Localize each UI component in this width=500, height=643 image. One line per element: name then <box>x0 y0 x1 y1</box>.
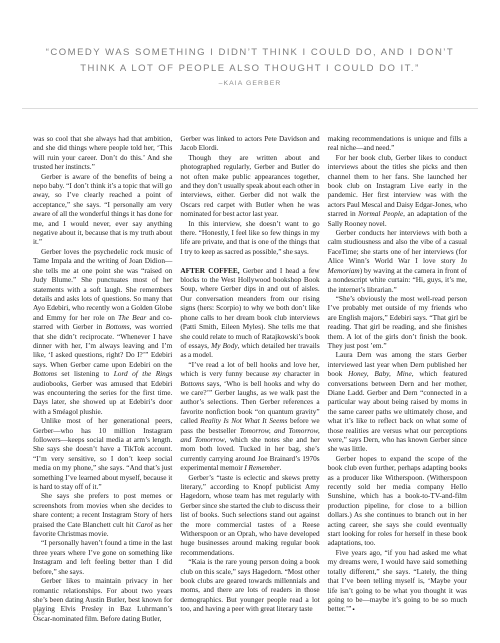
paragraph: Gerber’s “taste is eclectic and skews pr… <box>180 473 319 558</box>
text-run: Gerber conducts her interviews with both… <box>328 228 467 265</box>
text-run: Gerber likes to maintain privacy in her … <box>33 576 172 623</box>
article-column-3: making recommendations is unique and fil… <box>328 134 467 623</box>
divider <box>22 108 478 109</box>
italic-run: The Bear <box>118 313 146 322</box>
paragraph: Gerber is aware of the benefits of being… <box>33 172 172 247</box>
text-run: audiobooks, Gerber was amused that Edebi… <box>33 379 172 416</box>
paragraph: “I’ve read a lot of bell hooks and love … <box>180 360 319 473</box>
text-run: Unlike most of her generational peers, G… <box>33 416 172 491</box>
text-run: Gerber’s “taste is eclectic and skews pr… <box>180 473 319 557</box>
article-column-1: was so cool that she always had that amb… <box>33 134 172 623</box>
text-run: Five years ago, “if you had asked me wha… <box>328 548 467 613</box>
italic-run: Bottoms <box>106 322 130 331</box>
paragraph: Five years ago, “if you had asked me wha… <box>328 548 467 616</box>
pull-quote: “COMEDY WAS SOMETHING I DIDN’T THINK I C… <box>0 45 500 87</box>
text-run: Gerber loves the psychedelic rock music … <box>33 247 172 322</box>
paragraph: “Kaia is the rare young person doing a b… <box>180 557 319 613</box>
paragraph: Gerber hopes to expand the scope of the … <box>328 454 467 548</box>
italic-run: Normal People <box>358 209 403 218</box>
paragraph: making recommendations is unique and fil… <box>328 134 467 153</box>
page-number: 120 <box>33 611 45 617</box>
magazine-page: { "page": { "quote": { "lines": [ "“COME… <box>0 0 500 643</box>
paragraph: “She’s obviously the most well-read pers… <box>328 294 467 350</box>
paragraph: Unlike most of her generational peers, G… <box>33 416 172 491</box>
text-run: making recommendations is unique and fil… <box>328 134 467 152</box>
paragraph: “I personally haven’t found a time in th… <box>33 538 172 576</box>
text-run: Gerber hopes to expand the scope of the … <box>328 454 467 548</box>
paragraph: Gerber conducts her interviews with both… <box>328 228 467 294</box>
text-run: “Kaia is the rare young person doing a b… <box>180 557 319 613</box>
paragraph: Gerber loves the psychedelic rock music … <box>33 247 172 416</box>
italic-run: Honey, Baby, Mine <box>348 369 412 378</box>
italic-run: My Body <box>211 341 237 350</box>
paragraph: She says she prefers to post memes or sc… <box>33 491 172 538</box>
paragraph: Laura Dern was among the stars Gerber in… <box>328 350 467 453</box>
text-run: In this interview, she doesn’t want to g… <box>180 219 319 256</box>
text-run: set listening to <box>57 369 114 378</box>
text-run: Though they are written about and photog… <box>180 153 319 218</box>
text-run: Gerber is aware of the benefits of being… <box>33 172 172 247</box>
end-of-article-mark: ▪ <box>351 607 354 613</box>
paragraph: was so cool that she always had that amb… <box>33 134 172 172</box>
article-column-2: Gerber was linked to actors Pete Davidso… <box>180 134 319 623</box>
text-run: character in <box>281 369 320 378</box>
paragraph: In this interview, she doesn’t want to g… <box>180 219 319 257</box>
pull-quote-line-2: THINK A LOT OF PEOPLE ALSO THOUGHT I COU… <box>0 61 500 77</box>
pull-quote-attribution: –KAIA GERBER <box>0 80 500 87</box>
italic-run: Lord of the Rings <box>114 369 173 378</box>
text-run: Gerber and I head a few blocks to the We… <box>180 266 319 350</box>
italic-run: Bottoms <box>33 369 57 378</box>
paragraph: For her book club, Gerber likes to condu… <box>328 153 467 228</box>
paragraph: Gerber was linked to actors Pete Davidso… <box>180 134 319 153</box>
text-run: “She’s obviously the most well-read pers… <box>328 294 467 350</box>
article-body: was so cool that she always had that amb… <box>33 134 467 623</box>
paragraph: Gerber likes to maintain privacy in her … <box>33 576 172 623</box>
italic-run: I Remember <box>244 463 279 472</box>
paragraph: Though they are written about and photog… <box>180 153 319 219</box>
text-run: , which featured conversations between D… <box>328 369 467 453</box>
italic-run: Carol <box>136 520 153 529</box>
italic-run: Bottoms <box>180 379 204 388</box>
italic-run: my <box>272 369 281 378</box>
italic-run: Reality Is Not What It Seems <box>200 416 287 425</box>
text-run: was so cool that she always had that amb… <box>33 134 172 171</box>
text-run: “I personally haven’t found a time in th… <box>33 538 172 575</box>
text-run: Gerber was linked to actors Pete Davidso… <box>180 134 319 152</box>
bold-run: AFTER COFFEE, <box>180 266 239 275</box>
pull-quote-line-1: “COMEDY WAS SOMETHING I DIDN’T THINK I C… <box>0 45 500 61</box>
text-run: . <box>280 463 282 472</box>
paragraph: AFTER COFFEE, Gerber and I head a few bl… <box>180 266 319 360</box>
